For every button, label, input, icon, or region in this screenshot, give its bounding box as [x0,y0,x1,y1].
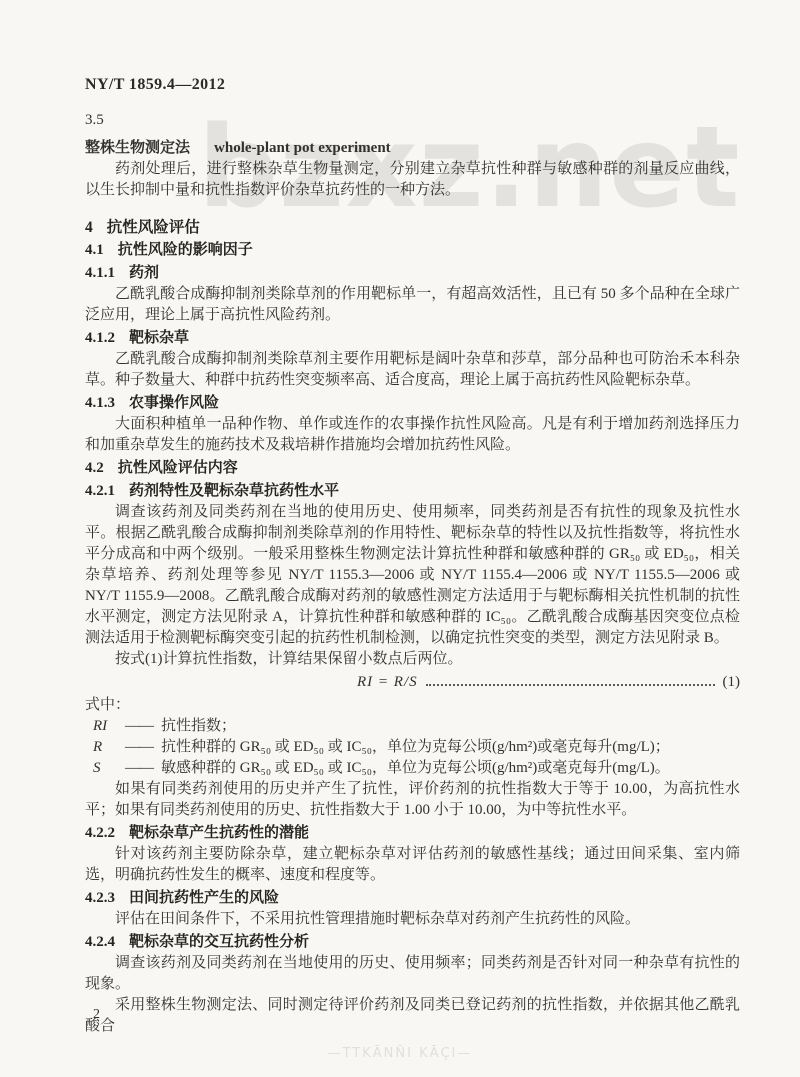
heading-4-2-4: 4.2.4靶标杂草的交互抗药性分析 [85,932,740,953]
heading-4-2-1: 4.2.1药剂特性及靶标杂草抗药性水平 [85,481,740,502]
standard-number-header: NY/T 1859.4—2012 [85,76,225,94]
formula-expression: RI = R/S [357,672,418,693]
heading-4-2-3-title: 田间抗药性产生的风险 [129,890,279,906]
symbol-r: R [93,737,125,758]
term-chinese: 整株生物测定法 [85,140,190,156]
heading-4-title: 抗性风险评估 [107,219,200,236]
heading-4-1: 4.1抗性风险的影响因子 [85,240,740,261]
heading-4-2-title: 抗性风险评估内容 [118,460,238,476]
paragraph-4-2-4-b: 采用整株生物测定法、同时测定待评价药剂及同类已登记药剂的抗性指数，并依据其他乙酰… [85,995,740,1037]
paragraph-4-2-3: 评估在田间条件下，不采用抗性管理措施时靶标杂草对药剂产生抗药性的风险。 [85,909,740,930]
symbol-definition-ri: RI —— 抗性指数； [85,716,740,737]
heading-4-2-4-number: 4.2.4 [85,932,115,953]
heading-4-1-title: 抗性风险的影响因子 [118,242,253,258]
term-definition-line: 整株生物测定法whole-plant pot experiment [85,138,740,159]
footer-watermark: —TTKĀNÑI KĀÇI— [0,1046,800,1061]
heading-4-1-2-title: 靶标杂草 [129,330,189,346]
paragraph-4-1-1: 乙酰乳酸合成酶抑制剂类除草剂的作用靶标单一，有超高效活性，且已有 50 多个品种… [85,284,740,326]
paragraph-4-2-4-a: 调查该药剂及同类药剂在当地使用的历史、使用频率；同类药剂是否针对同一种杂草有抗性… [85,953,740,995]
heading-4-2-3-number: 4.2.3 [85,888,115,909]
heading-4-1-2-number: 4.1.2 [85,328,115,349]
heading-4-1-number: 4.1 [85,240,104,261]
symbol-dash: —— [125,758,153,779]
paragraph-4-2-2: 针对该药剂主要防除杂草，建立靶标杂草对评估药剂的敏感性基线；通过田间采集、室内筛… [85,844,740,886]
heading-4-1-3-title: 农事操作风险 [129,395,219,411]
symbol-dash: —— [125,737,153,758]
document-page: bzxz.net NY/T 1859.4—2012 3.5 整株生物测定法who… [0,0,800,1077]
heading-4-2-2: 4.2.2靶标杂草产生抗药性的潜能 [85,823,740,844]
heading-4-1-3-number: 4.1.3 [85,393,115,414]
term-english: whole-plant pot experiment [214,140,391,156]
heading-4-2-2-number: 4.2.2 [85,823,115,844]
symbol-description-ri: 抗性指数； [161,716,740,737]
paragraph-4-2-1-c: 如果有同类药剂使用的历史并产生了抗性，评价药剂的抗性指数大于等于 10.00，为… [85,779,740,821]
symbol-s: S [93,758,125,779]
heading-4-2-3: 4.2.3田间抗药性产生的风险 [85,888,740,909]
formula-dot-leader [426,684,715,686]
heading-4-2: 4.2抗性风险评估内容 [85,458,740,479]
symbol-dash: —— [125,716,153,737]
heading-4-number: 4 [85,217,93,238]
symbol-definition-r: R —— 抗性种群的 GR₅₀ 或 ED₅₀ 或 IC₅₀，单位为克每公顷(g/… [85,737,740,758]
paragraph-4-1-3: 大面积种植单一品种作物、单作或连作的农事操作抗性风险高。凡是有利于增加药剂选择压… [85,414,740,456]
heading-4-1-2: 4.1.2靶标杂草 [85,328,740,349]
heading-4-2-2-title: 靶标杂草产生抗药性的潜能 [129,825,309,841]
heading-4-1-1-number: 4.1.1 [85,263,115,284]
paragraph-4-2-1-b: 按式(1)计算抗性指数，计算结果保留小数点后两位。 [85,649,740,670]
heading-4-2-1-title: 药剂特性及靶标杂草抗药性水平 [129,483,339,499]
heading-4-2-1-number: 4.2.1 [85,481,115,502]
paragraph-4-2-1-a: 调查该药剂及同类药剂在当地的使用历史、使用频率，同类药剂是否有抗性的现象及抗性水… [85,502,740,649]
symbol-description-s: 敏感种群的 GR₅₀ 或 ED₅₀ 或 IC₅₀，单位为克每公顷(g/hm²)或… [161,758,740,779]
heading-4-1-1-title: 药剂 [129,265,159,281]
heading-4: 4抗性风险评估 [85,217,740,238]
page-number: 2 [93,1007,100,1023]
heading-4-2-4-title: 靶标杂草的交互抗药性分析 [129,934,309,950]
symbol-ri: RI [93,716,125,737]
formula-1: RI = R/S (1) [85,672,740,693]
clause-3-5-definition: 药剂处理后，进行整株杂草生物量测定，分别建立杂草抗性种群与敏感种群的剂量反应曲线… [85,159,740,201]
formula-number: (1) [723,672,741,693]
symbol-definition-s: S —— 敏感种群的 GR₅₀ 或 ED₅₀ 或 IC₅₀，单位为克每公顷(g/… [85,758,740,779]
heading-4-2-number: 4.2 [85,458,104,479]
symbol-description-r: 抗性种群的 GR₅₀ 或 ED₅₀ 或 IC₅₀，单位为克每公顷(g/hm²)或… [161,737,740,758]
clause-3-5-number: 3.5 [85,110,740,131]
heading-4-1-1: 4.1.1药剂 [85,263,740,284]
where-label: 式中： [85,695,740,716]
heading-4-1-3: 4.1.3农事操作风险 [85,393,740,414]
document-content: 3.5 整株生物测定法whole-plant pot experiment 药剂… [85,110,740,1037]
paragraph-4-1-2: 乙酰乳酸合成酶抑制剂类除草剂主要作用靶标是阔叶杂草和莎草，部分品种也可防治禾本科… [85,349,740,391]
